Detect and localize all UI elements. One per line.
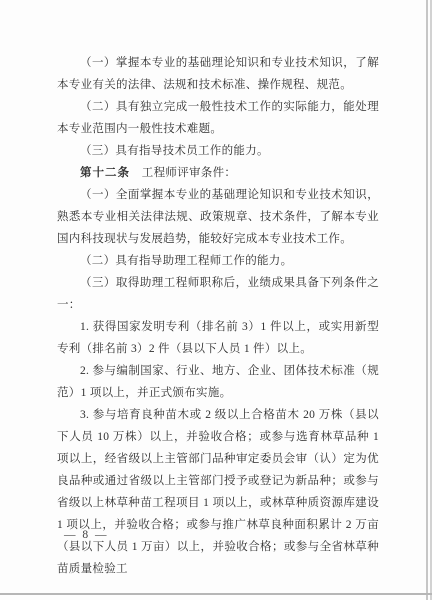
page-number: — 8 — bbox=[64, 529, 109, 541]
paragraph: （一）掌握本专业的基础理论知识和专业技术知识，了解本专业有关的法律、法规和技术标… bbox=[57, 52, 379, 96]
paragraph: （二）具有指导助理工程师工作的能力。 bbox=[57, 250, 379, 272]
scan-edge-bottom bbox=[0, 593, 432, 595]
paragraph: 1. 获得国家发明专利（排名前 3）1 件以上，或实用新型专利（排名前 3）2 … bbox=[57, 316, 379, 360]
paragraph: 第十二条 工程师评审条件： bbox=[57, 162, 379, 184]
document-text-block: （一）掌握本专业的基础理论知识和专业技术知识，了解本专业有关的法律、法规和技术标… bbox=[57, 52, 379, 580]
paragraph: （三）取得助理工程师职称后，业绩成果具备下列条件之一： bbox=[57, 272, 379, 316]
article-number: 第十二条 bbox=[80, 167, 130, 179]
scan-edge-right-outer bbox=[426, 0, 428, 600]
paragraph: （一）全面掌握本专业的基础理论知识和专业技术知识，熟悉本专业相关法律法规、政策规… bbox=[57, 184, 379, 250]
paragraph: （二）具有独立完成一般性技术工作的实际能力，能处理本专业范围内一般性技术难题。 bbox=[57, 96, 379, 140]
paragraph: 2. 参与编制国家、行业、地方、企业、团体技术标准（规范）1 项以上，并正式颁布… bbox=[57, 360, 379, 404]
document-page: （一）掌握本专业的基础理论知识和专业技术知识，了解本专业有关的法律、法规和技术标… bbox=[0, 0, 432, 600]
paragraph: 3. 参与培育良种苗木或 2 级以上合格苗木 20 万株（县以下人员 10 万株… bbox=[57, 404, 379, 580]
paragraph: （三）具有指导技术员工作的能力。 bbox=[57, 140, 379, 162]
